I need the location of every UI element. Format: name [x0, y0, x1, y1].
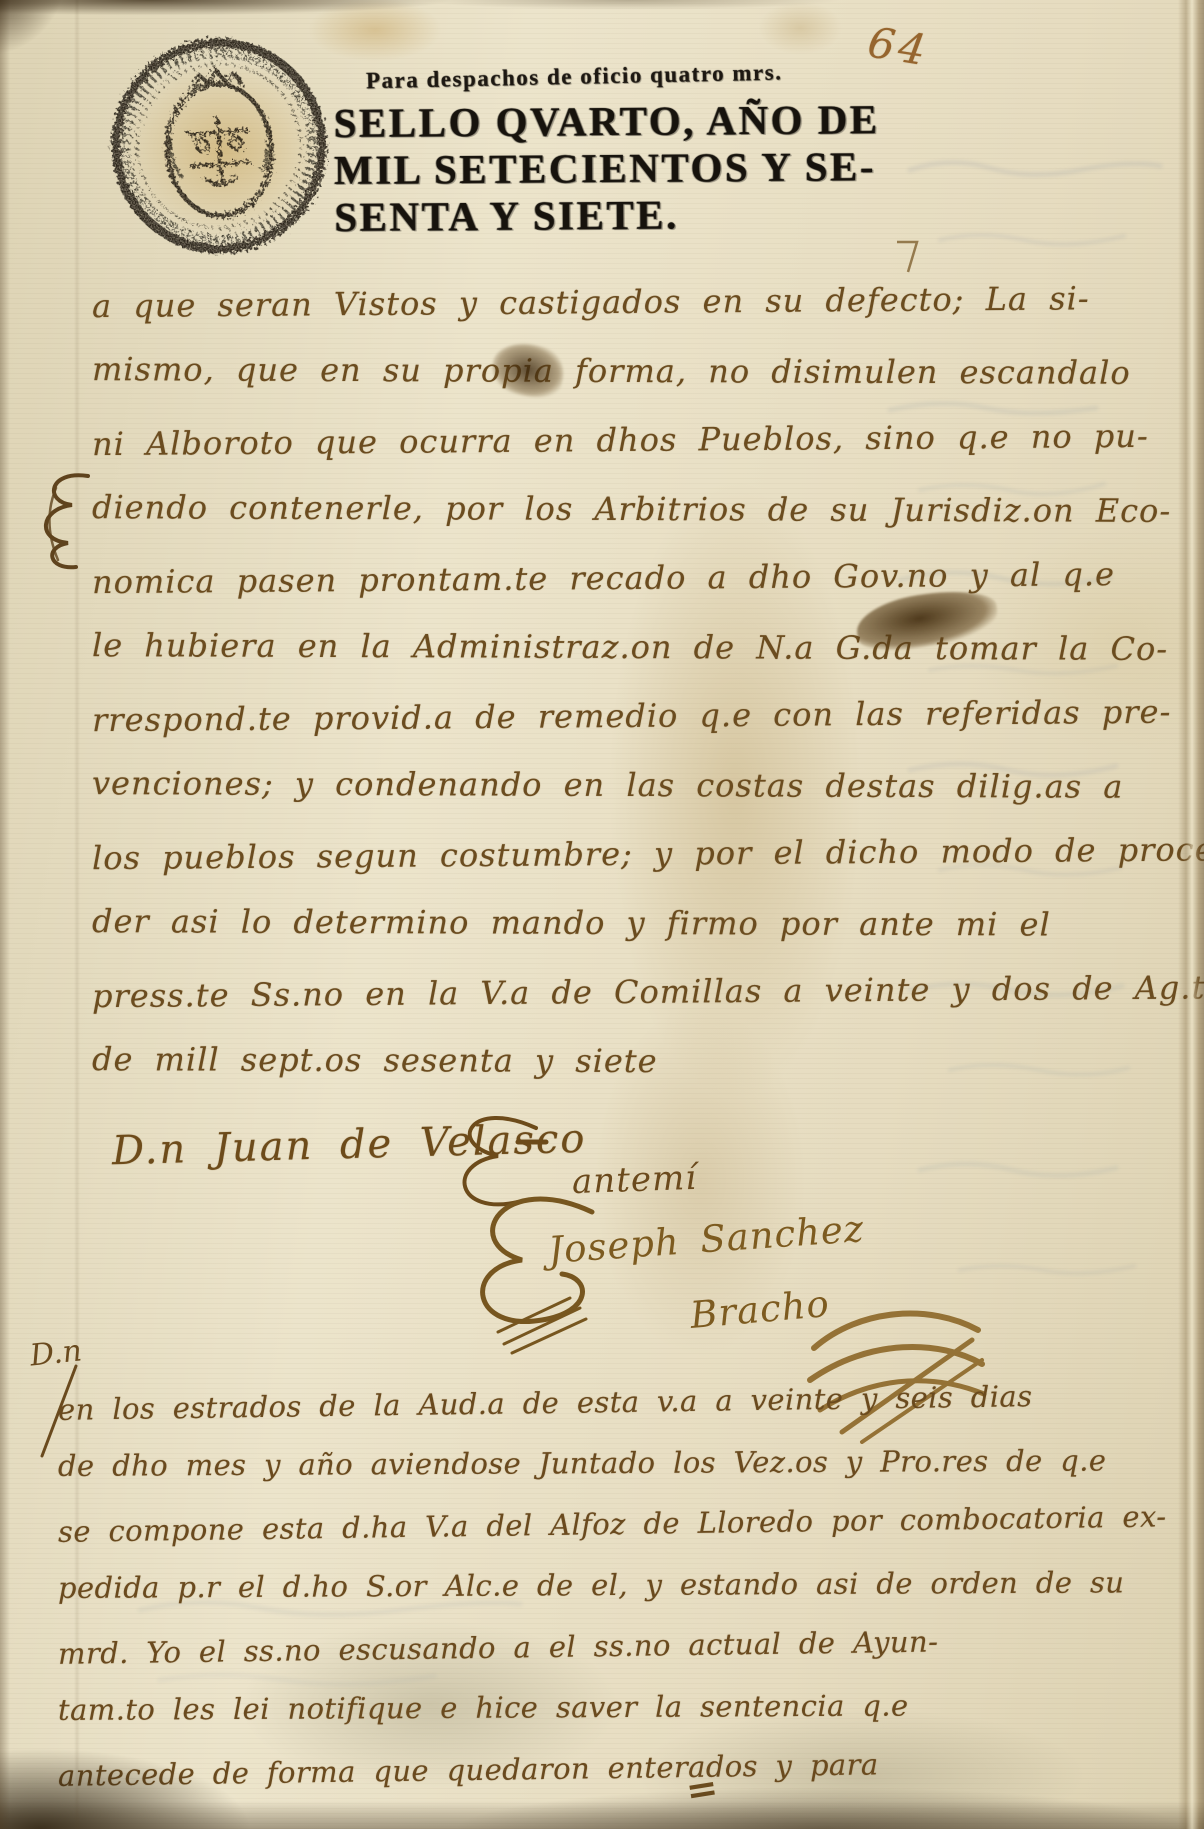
main-paragraph: a que seran Vistos y castigados en su de…: [92, 268, 1152, 1096]
manuscript-line: rrespond.te provid.a de remedio q.e con …: [92, 678, 1153, 755]
manuscript-line: los pueblos segun costumbre; y por el di…: [92, 816, 1153, 893]
margin-rubric-flourish: [26, 468, 102, 580]
manuscript-page: Para despachos de oficio quatro mrs. SEL…: [0, 0, 1204, 1829]
royal-arms-seal-stamp: [90, 14, 349, 276]
scribe-rubric-flourish: [440, 1180, 655, 1355]
manuscript-line: mismo, que en su propia forma, no disimu…: [92, 335, 1152, 408]
closing-paragraph: en los estrados de la Aud.a de esta v.a …: [58, 1372, 1178, 1799]
manuscript-line: der asi lo determino mando y firmo por a…: [92, 887, 1152, 960]
manuscript-line: antecede de forma que quedaron enterados…: [58, 1730, 1179, 1807]
fee-line-print: Para despachos de oficio quatro mrs.: [366, 60, 783, 95]
manuscript-line: ni Alboroto que ocurra en dhos Pueblos, …: [92, 402, 1153, 479]
manuscript-line: se compone esta d.ha V.a del Alfoz de Ll…: [58, 1486, 1179, 1563]
manuscript-line: venciones; y condenando en las costas de…: [92, 749, 1152, 822]
manuscript-line: pedida p.r el d.ho S.or Alc.e de el, y e…: [58, 1552, 1178, 1619]
title-line-3: SENTA Y SIETE.: [334, 190, 880, 241]
title-line-1: SELLO QVARTO, AÑO DE: [334, 96, 880, 147]
sello-cuarto-title: SELLO QVARTO, AÑO DE MIL SETECIENTOS Y S…: [334, 96, 881, 241]
manuscript-line: mrd. Yo el ss.no escusando a el ss.no ac…: [58, 1608, 1179, 1685]
title-line-2: MIL SETECIENTOS Y SE-: [334, 143, 880, 194]
folio-number: 64: [865, 17, 933, 75]
manuscript-line: diendo contenerle, por los Arbitrios de …: [92, 473, 1152, 546]
manuscript-line: de mill sept.os sesenta y siete: [92, 1025, 1152, 1098]
manuscript-line: a que seran Vistos y castigados en su de…: [92, 264, 1153, 341]
manuscript-line: press.te Ss.no en la V.a de Comillas a v…: [92, 954, 1153, 1031]
paragraph-end-mark: =: [683, 1764, 721, 1813]
manuscript-line: tam.to les lei notifique e hice saver la…: [58, 1674, 1178, 1741]
manuscript-line: de dho mes y año aviendose Juntado los V…: [58, 1430, 1178, 1497]
manuscript-line: en los estrados de la Aud.a de esta v.a …: [58, 1364, 1179, 1441]
